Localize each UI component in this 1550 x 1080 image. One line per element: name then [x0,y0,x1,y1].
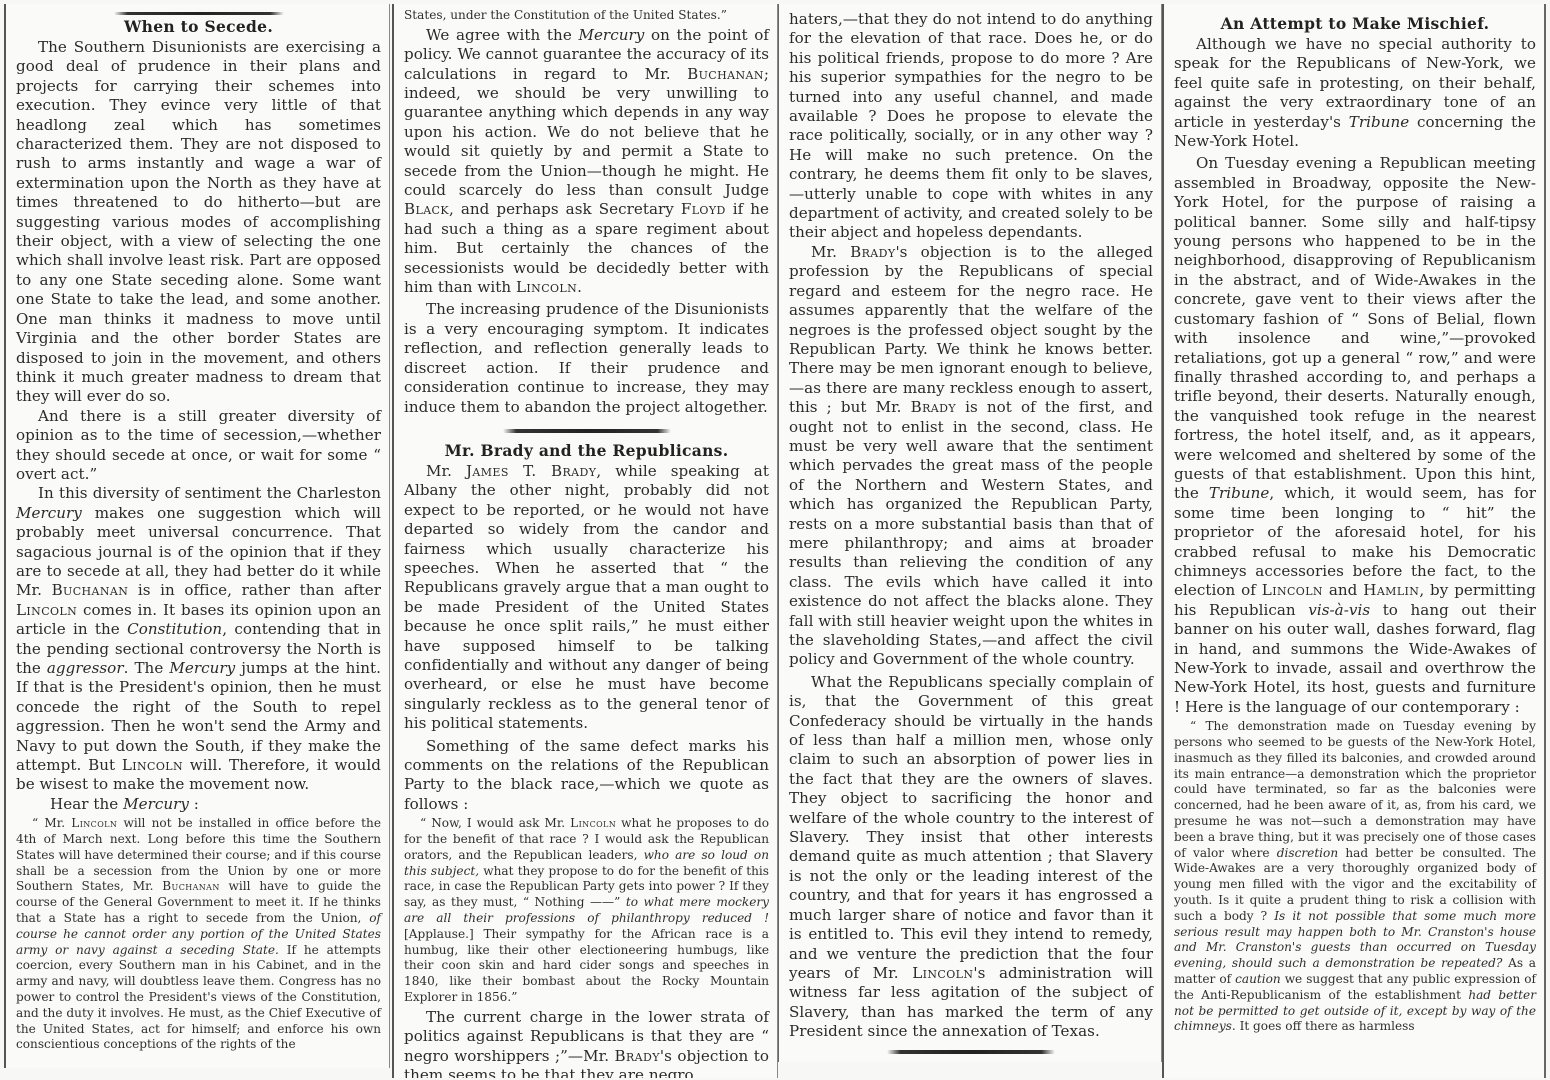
decorative-rule [114,12,284,15]
article-title-mr-brady: Mr. Brady and the Republicans. [404,441,769,460]
article-paragraph: On Tuesday evening a Republican meeting … [1174,154,1536,717]
column-1: When to Secede. The Southern Disunionist… [4,4,390,1068]
quoted-passage: “ Now, I would ask Mr. Lincoln what he p… [404,816,769,1006]
article-paragraph: The increasing prudence of the Disunioni… [404,300,769,416]
article-title-when-to-secede: When to Secede. [16,17,381,36]
column-2: States, under the Constitution of the Un… [392,4,778,1078]
column-3: haters,—that they do not intend to do an… [778,4,1162,1062]
quoted-passage: “ The demonstration made on Tuesday even… [1174,719,1536,1035]
article-paragraph: haters,—that they do not intend to do an… [789,10,1153,243]
decorative-rule [887,1050,1055,1054]
decorative-rule [503,429,671,433]
column-4: An Attempt to Make Mischief. Although we… [1162,4,1546,1078]
article-title-attempt-mischief: An Attempt to Make Mischief. [1174,14,1536,33]
article-paragraph: The Southern Disunionists are exercising… [16,38,381,407]
newspaper-clipping: When to Secede. The Southern Disunionist… [0,0,1550,1080]
article-paragraph: Something of the same defect marks his c… [404,737,769,815]
article-paragraph: We agree with the Mercury on the point o… [404,26,769,298]
article-paragraph: The current charge in the lower strata o… [404,1008,769,1078]
article-paragraph: What the Republicans specially complain … [789,673,1153,1042]
quoted-passage-continuation: States, under the Constitution of the Un… [404,8,769,24]
article-paragraph: In this diversity of sentiment the Charl… [16,484,381,795]
quoted-passage: “ Mr. Lincoln will not be installed in o… [16,816,381,1053]
article-paragraph: Mr. Brady's objection is to the alleged … [789,243,1153,670]
article-paragraph: Mr. James T. Brady, while speaking at Al… [404,462,769,734]
article-paragraph: And there is a still greater diversity o… [16,407,381,485]
article-paragraph: Hear the Mercury : [16,795,381,814]
article-paragraph: Although we have no special authority to… [1174,35,1536,151]
